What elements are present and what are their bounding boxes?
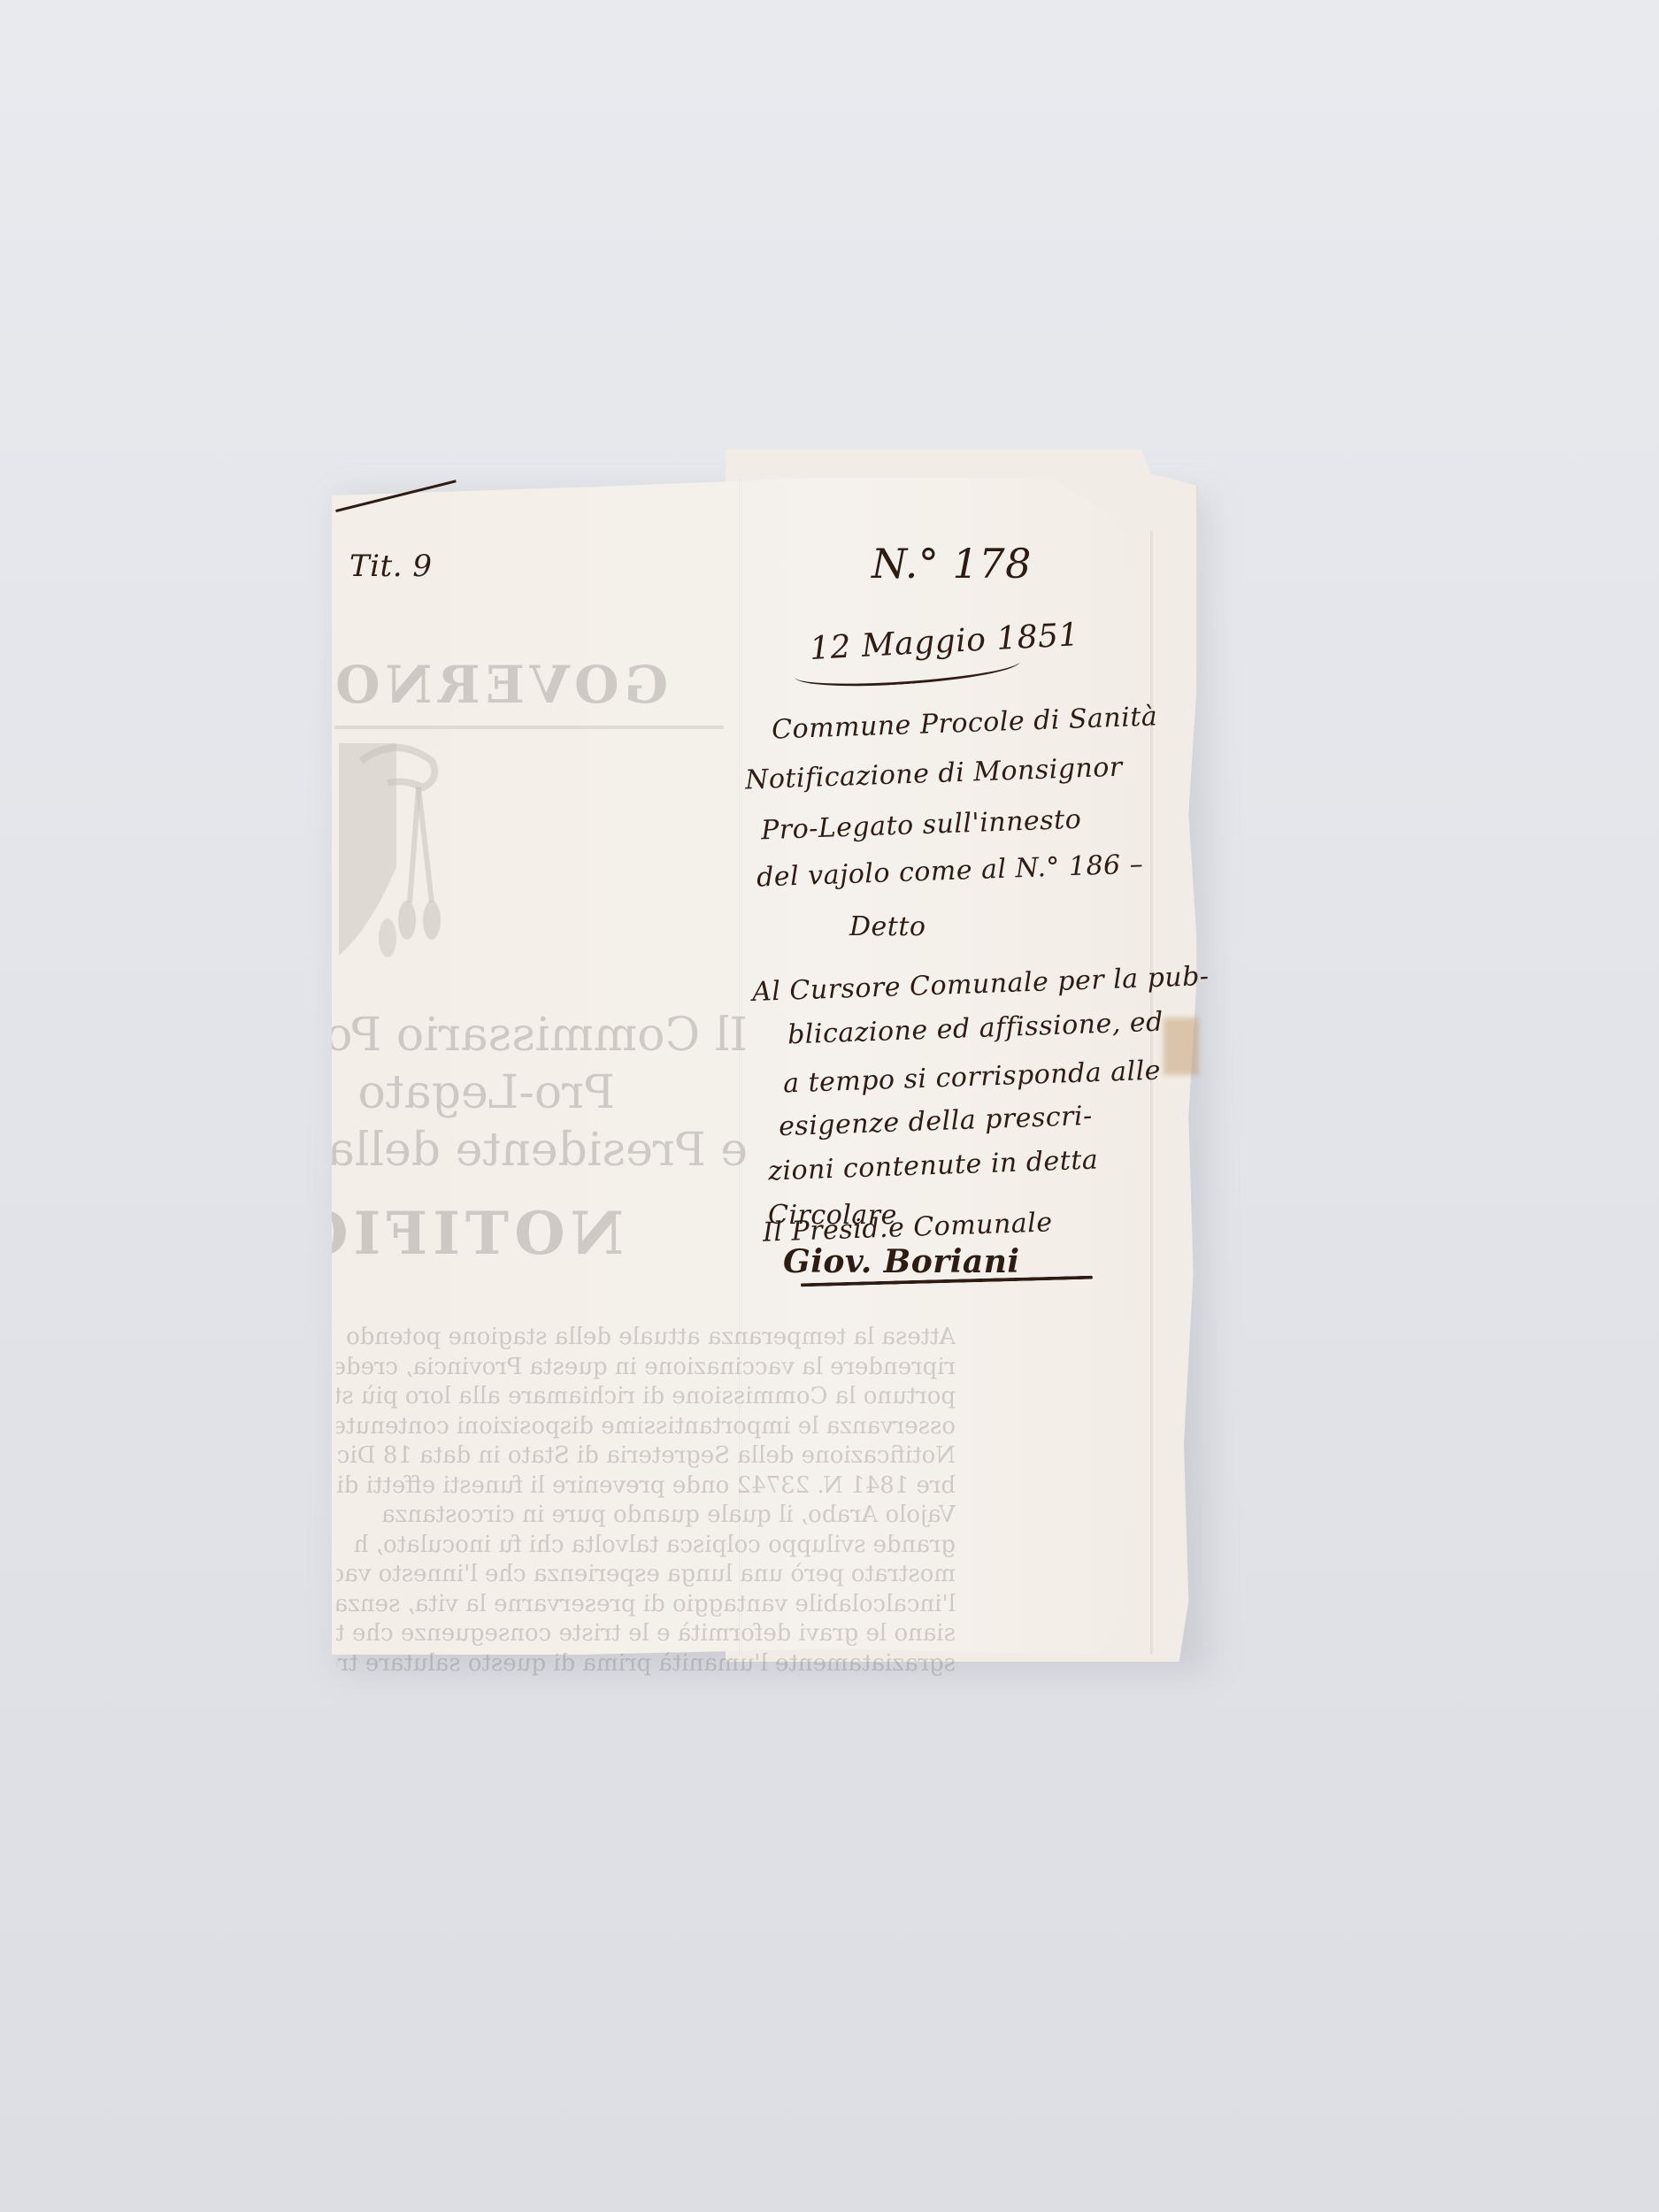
bleed-through-heading-2: Pro-Legato xyxy=(332,1066,748,1119)
bleed-heading-line: Il Commissario Pontificio Stra xyxy=(332,1009,748,1062)
age-stain xyxy=(1164,1018,1199,1075)
bleed-para-line: siano le gravi deformità e le triste con… xyxy=(336,1619,956,1649)
bleed-through-paragraph: Attesa la temperanza attuale della stagi… xyxy=(336,1323,956,1678)
ditto-word: Detto xyxy=(849,911,926,942)
bleed-para-line: grande sviluppo colpisca talvolta chi fu… xyxy=(336,1531,956,1561)
bleed-para-line: Attesa la temperanza attuale della stagi… xyxy=(336,1323,956,1353)
signature-name: Giov. Boriani xyxy=(783,1243,1020,1280)
bleed-through-title: GOVERNO xyxy=(332,655,668,715)
bleed-para-line: l'incalcolabile vantaggio di preservarne… xyxy=(336,1590,956,1620)
bleed-para-line: Notificazione della Segreteria di Stato … xyxy=(336,1441,956,1471)
corner-annotation: Tit. 9 xyxy=(349,549,432,584)
bleed-heading-line: e Presidente della Commi xyxy=(332,1124,748,1177)
bleed-para-line: Vajolo Arabo, il quale quando pure in ci… xyxy=(336,1501,956,1531)
bleed-through-heading-3: e Presidente della Commi xyxy=(332,1124,748,1177)
bleed-para-line: riprendere la vaccinazione in questa Pro… xyxy=(336,1353,956,1383)
papal-crest-icon xyxy=(334,726,449,973)
bleed-para-line: mostrato però una lunga esperienza che l… xyxy=(336,1560,956,1590)
bleed-para-line: bre 1841 N. 23742 onde prevenire li fune… xyxy=(336,1471,956,1502)
bleed-through-title-text: GOVERNO xyxy=(332,655,668,715)
bleed-para-line: portuno la Commissione di richiamare all… xyxy=(336,1382,956,1412)
bleed-notice-title-text: NOTIFIC xyxy=(332,1199,624,1268)
document-number: N.° 178 xyxy=(872,540,1032,588)
bleed-para-line: osservanza le importantissime disposizio… xyxy=(336,1412,956,1442)
torn-right-edge xyxy=(1150,531,1156,1655)
bleed-through-heading-1: Il Commissario Pontificio Stra xyxy=(332,1009,748,1062)
bleed-through-notice-title: NOTIFIC xyxy=(332,1199,624,1268)
bleed-heading-line: Pro-Legato xyxy=(357,1066,615,1119)
bleed-para-line: sgraziatamente l'umanità prima di questo… xyxy=(336,1649,956,1679)
